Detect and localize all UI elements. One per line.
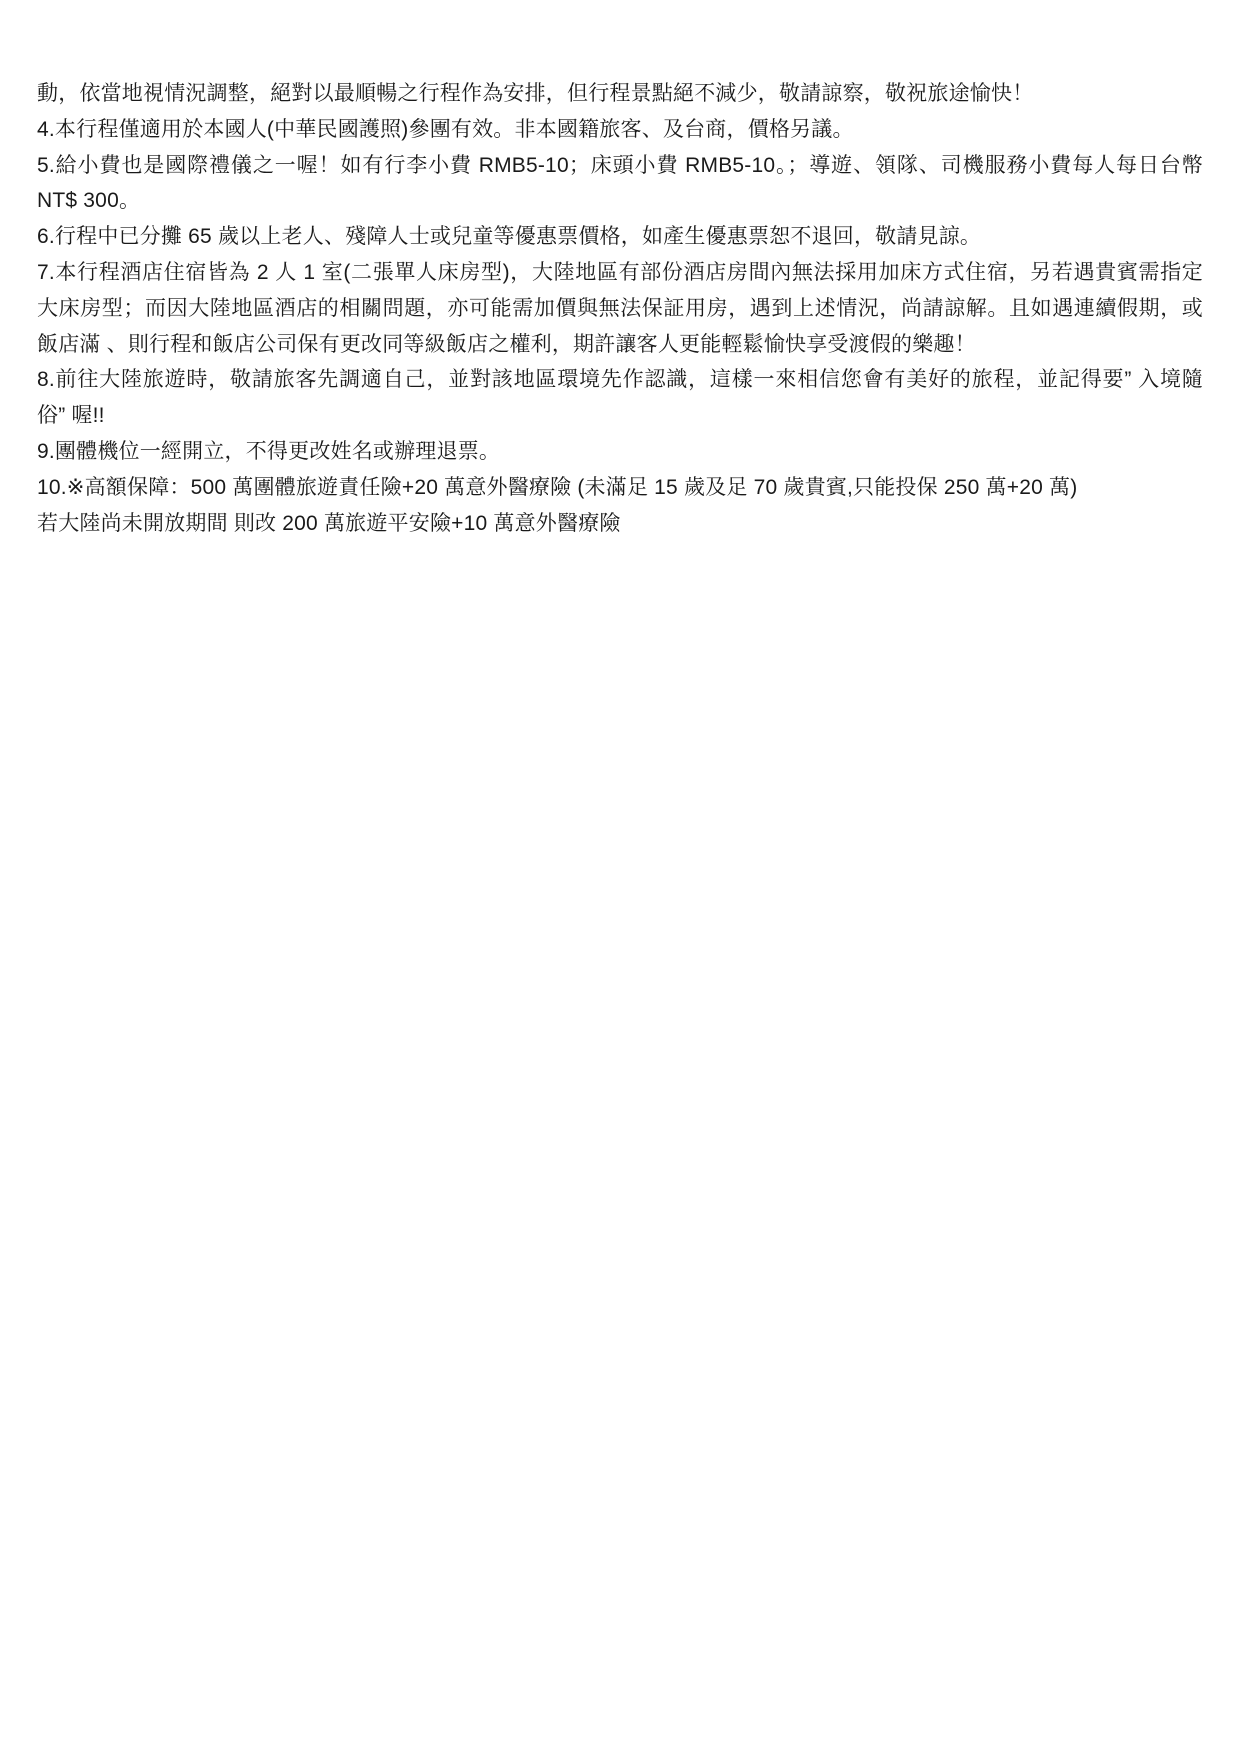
text-line: 6.行程中已分攤 65 歲以上老人、殘障人士或兒童等優惠票價格，如產生優惠票恕不… [37,219,1203,255]
paragraph: 4.本行程僅適用於本國人(中華民國護照)參團有效。非本國籍旅客、及台商，價格另議… [37,112,1203,148]
text-line: 10.※高額保障：500 萬團體旅遊責任險+20 萬意外醫療險 (未滿足 15 … [37,470,1203,506]
text-line: 俗” 喔!! [37,398,1203,434]
paragraph: 若大陸尚未開放期間 則改 200 萬旅遊平安險+10 萬意外醫療險 [37,506,1203,542]
text-line: 動，依當地視情況調整，絕對以最順暢之行程作為安排，但行程景點絕不減少，敬請諒察，… [37,76,1203,112]
paragraph: 10.※高額保障：500 萬團體旅遊責任險+20 萬意外醫療險 (未滿足 15 … [37,470,1203,506]
paragraph: 9.團體機位一經開立，不得更改姓名或辦理退票。 [37,434,1203,470]
text-line: 飯店滿 、則行程和飯店公司保有更改同等級飯店之權利，期許讓客人更能輕鬆愉快享受渡… [37,327,1203,363]
paragraph: 動，依當地視情況調整，絕對以最順暢之行程作為安排，但行程景點絕不減少，敬請諒察，… [37,76,1203,112]
text-line: 大床房型；而因大陸地區酒店的相關問題，亦可能需加價與無法保証用房，遇到上述情況，… [37,291,1203,327]
text-block: 動，依當地視情況調整，絕對以最順暢之行程作為安排，但行程景點絕不減少，敬請諒察，… [37,76,1203,541]
document-page: 動，依當地視情況調整，絕對以最順暢之行程作為安排，但行程景點絕不減少，敬請諒察，… [0,0,1240,1755]
paragraph: 7.本行程酒店住宿皆為 2 人 1 室(二張單人床房型)，大陸地區有部份酒店房間… [37,255,1203,362]
paragraph: 8.前往大陸旅遊時，敬請旅客先調適自己，並對該地區環境先作認識，這樣一來相信您會… [37,362,1203,434]
paragraph: 5.給小費也是國際禮儀之一喔！如有行李小費 RMB5-10；床頭小費 RMB5-… [37,148,1203,220]
paragraph: 6.行程中已分攤 65 歲以上老人、殘障人士或兒童等優惠票價格，如產生優惠票恕不… [37,219,1203,255]
text-line: NT$ 300。 [37,183,1203,219]
text-line: 4.本行程僅適用於本國人(中華民國護照)參團有效。非本國籍旅客、及台商，價格另議… [37,112,1203,148]
text-line: 若大陸尚未開放期間 則改 200 萬旅遊平安險+10 萬意外醫療險 [37,506,1203,542]
text-line: 7.本行程酒店住宿皆為 2 人 1 室(二張單人床房型)，大陸地區有部份酒店房間… [37,255,1203,291]
text-line: 8.前往大陸旅遊時，敬請旅客先調適自己，並對該地區環境先作認識，這樣一來相信您會… [37,362,1203,398]
text-line: 5.給小費也是國際禮儀之一喔！如有行李小費 RMB5-10；床頭小費 RMB5-… [37,148,1203,184]
text-line: 9.團體機位一經開立，不得更改姓名或辦理退票。 [37,434,1203,470]
